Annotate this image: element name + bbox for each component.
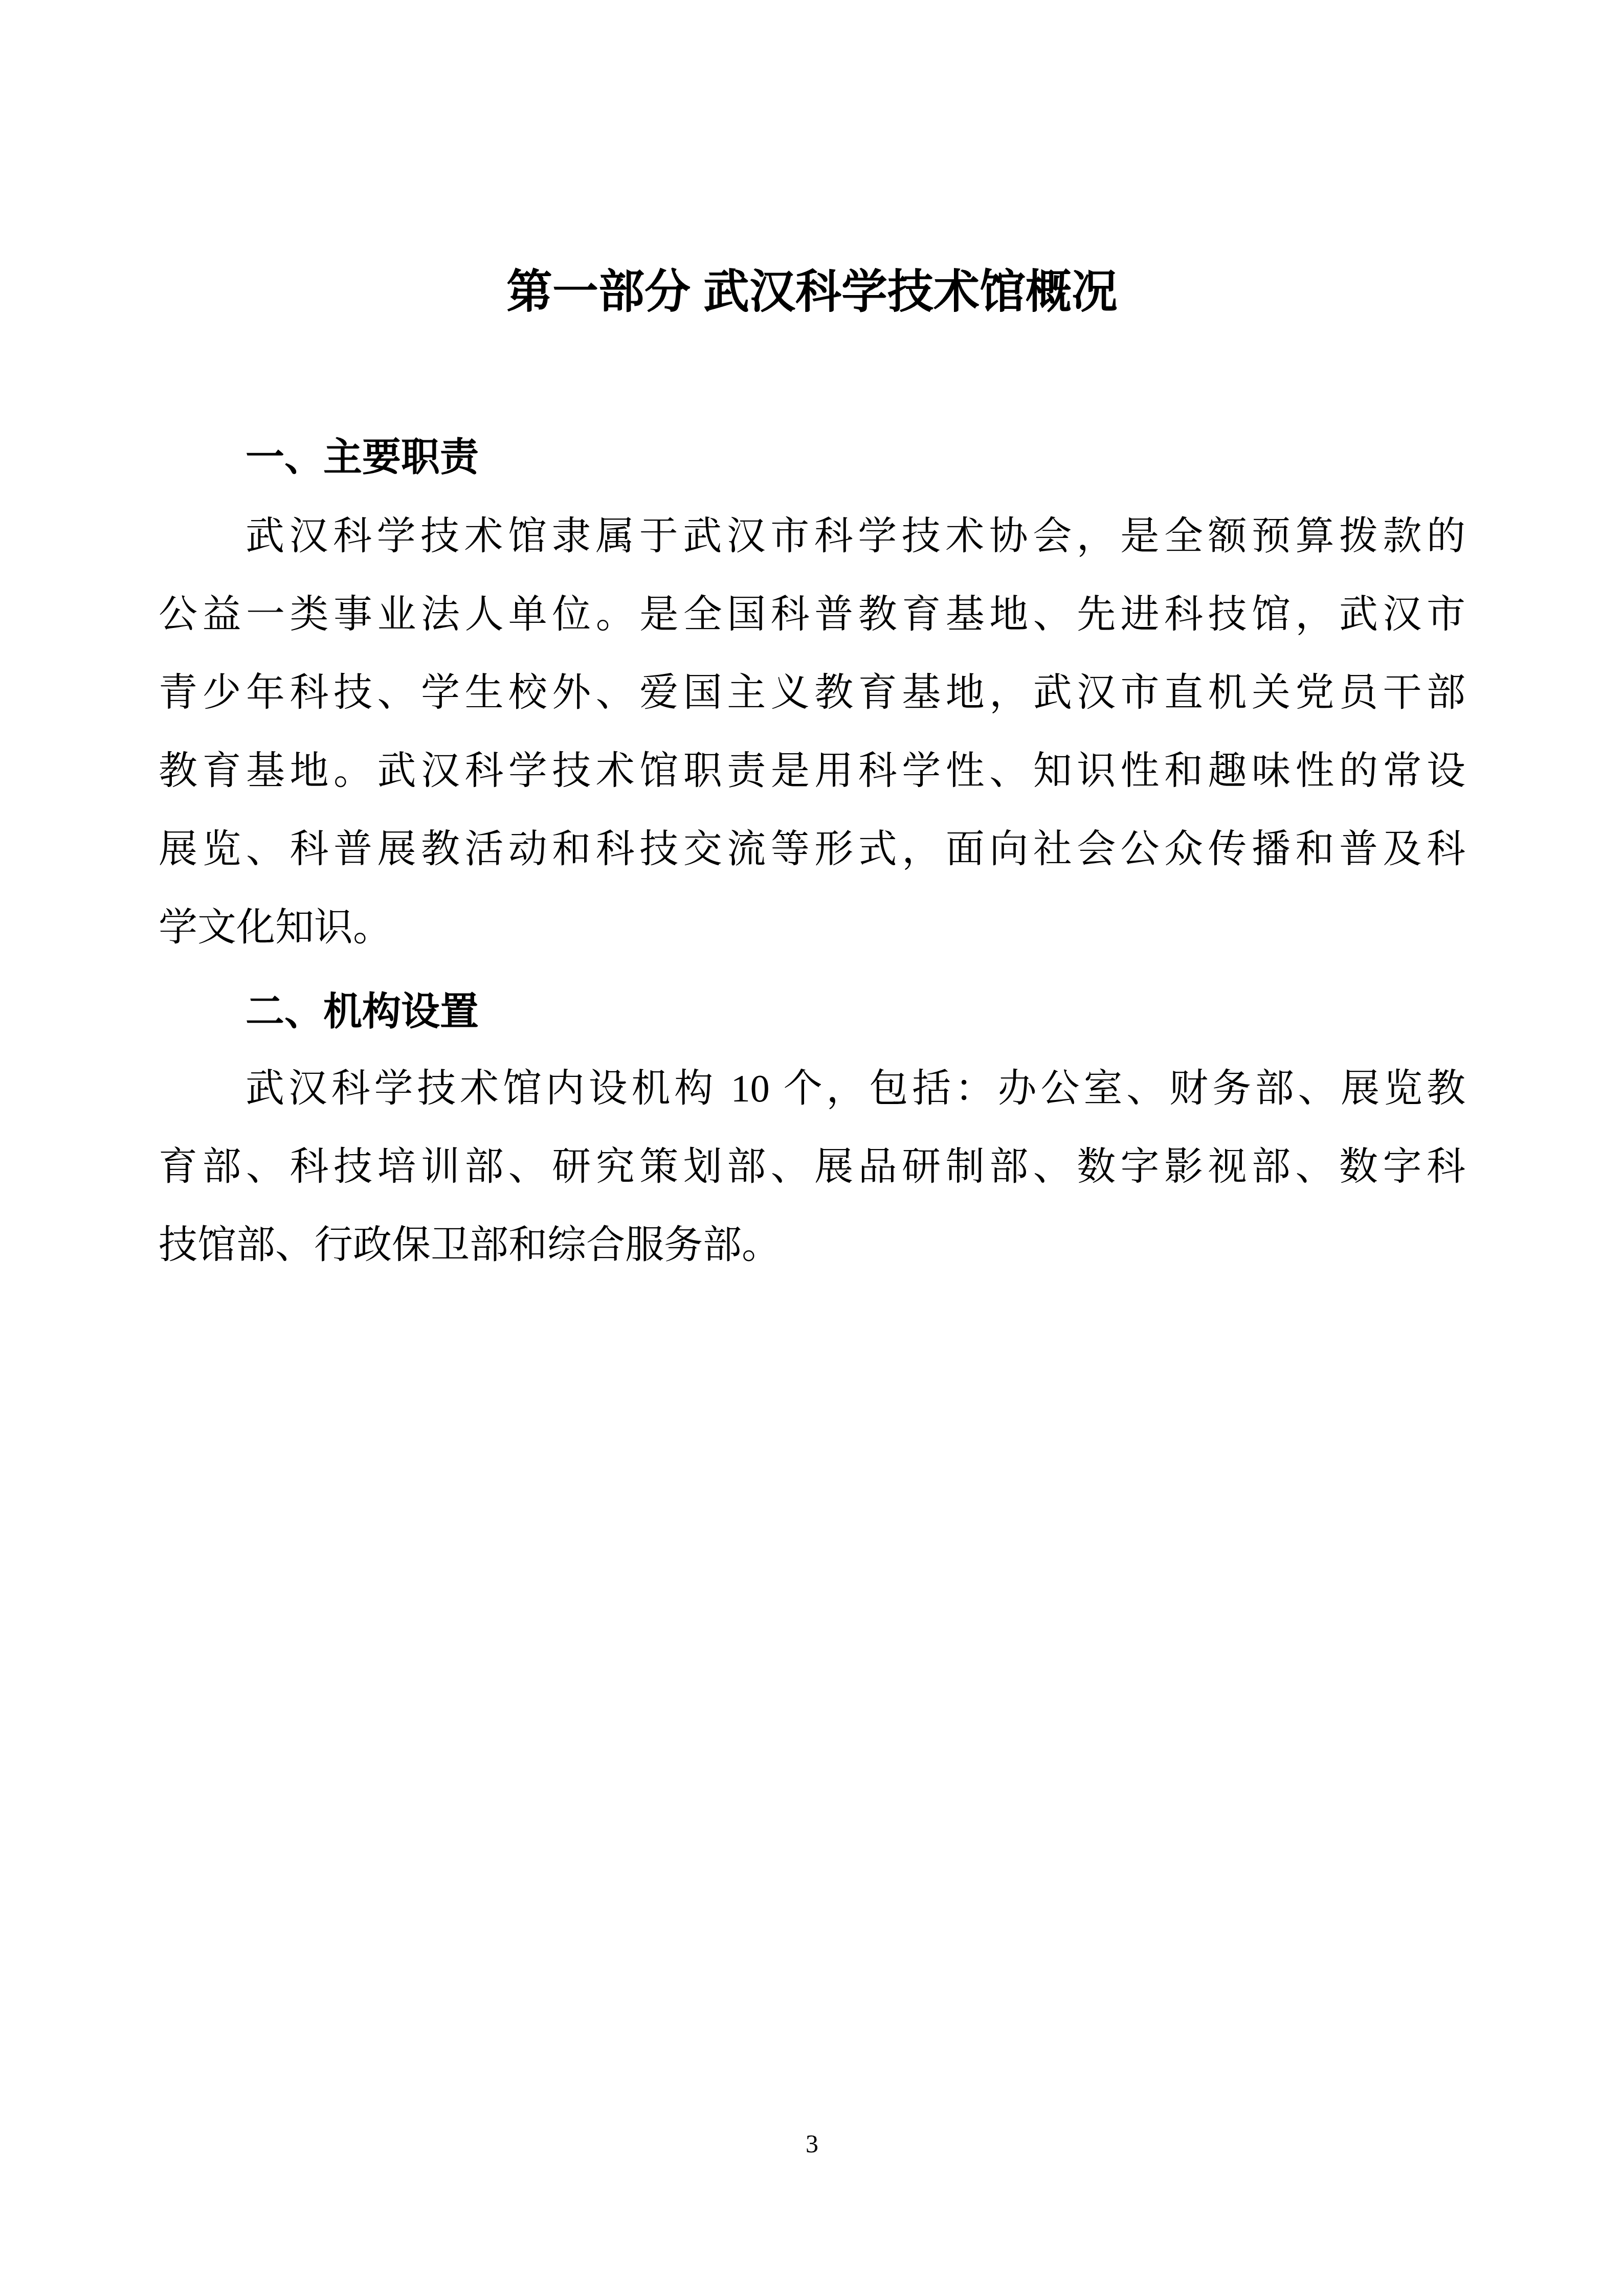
- paragraph-line: 学文化知识。: [159, 889, 1465, 967]
- paragraph-main-duties: 武汉科学技术馆隶属于武汉市科学技术协会，是全额预算拨款的 公益一类事业法人单位。…: [159, 498, 1465, 967]
- paragraph-organization: 武汉科学技术馆内设机构 10 个，包括：办公室、财务部、展览教 育部、科技培训部…: [159, 1050, 1465, 1285]
- paragraph-line: 武汉科学技术馆隶属于武汉市科学技术协会，是全额预算拨款的: [159, 498, 1465, 576]
- paragraph-line: 技馆部、行政保卫部和综合服务部。: [159, 1206, 1465, 1285]
- document-page: 第一部分 武汉科学技术馆概况 一、主要职责 武汉科学技术馆隶属于武汉市科学技术协…: [0, 0, 1624, 2296]
- paragraph-line: 青少年科技、学生校外、爱国主义教育基地，武汉市直机关党员干部: [159, 654, 1465, 732]
- paragraph-line: 教育基地。武汉科学技术馆职责是用科学性、知识性和趣味性的常设: [159, 732, 1465, 811]
- paragraph-line: 武汉科学技术馆内设机构 10 个，包括：办公室、财务部、展览教: [159, 1050, 1465, 1128]
- paragraph-line: 展览、科普展教活动和科技交流等形式，面向社会公众传播和普及科: [159, 811, 1465, 889]
- page-number: 3: [0, 2128, 1624, 2159]
- section-heading-organization: 二、机构设置: [159, 988, 1465, 1036]
- paragraph-line: 育部、科技培训部、研究策划部、展品研制部、数字影视部、数字科: [159, 1128, 1465, 1206]
- document-title: 第一部分 武汉科学技术馆概况: [159, 264, 1465, 320]
- paragraph-line: 公益一类事业法人单位。是全国科普教育基地、先进科技馆，武汉市: [159, 576, 1465, 654]
- section-heading-main-duties: 一、主要职责: [159, 434, 1465, 481]
